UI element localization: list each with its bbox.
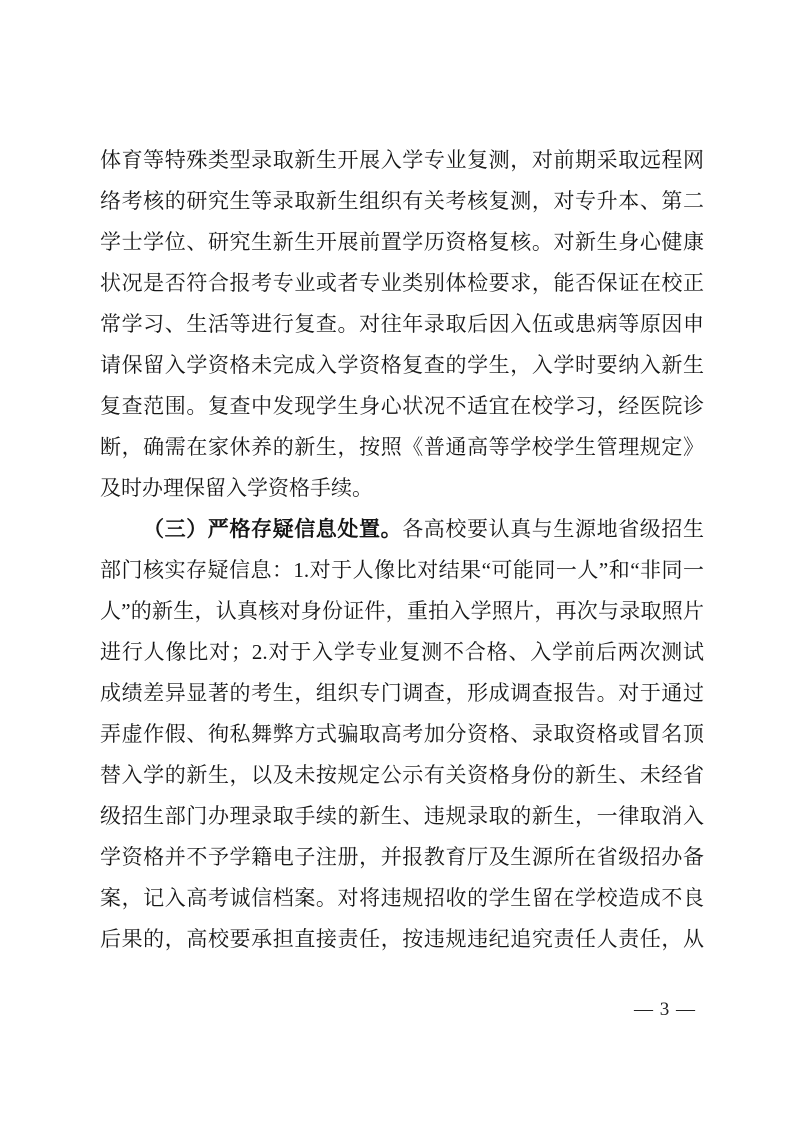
- paragraph2-line: 案，记入高考诚信档案。对将违规招收的学生留在学校造成不良: [100, 878, 704, 919]
- paragraph2-line: 级招生部门办理录取手续的新生、违规录取的新生，一律取消入: [100, 796, 704, 837]
- page-number: — 3 —: [634, 998, 696, 1022]
- paragraph1-line: 络考核的研究生等录取新生组织有关考核复测，对专升本、第二: [100, 181, 704, 222]
- paragraph1-line: 学士学位、研究生新生开展前置学历资格复核。对新生身心健康: [100, 222, 704, 263]
- paragraph2-line: 弄虚作假、徇私舞弊方式骗取高考加分资格、录取资格或冒名顶: [100, 714, 704, 755]
- paragraph2-line: 成绩差异显著的考生，组织专门调查，形成调查报告。对于通过: [100, 673, 704, 714]
- paragraph2-line: 部门核实存疑信息：1.对于人像比对结果“可能同一人”和“非同一: [100, 550, 704, 591]
- paragraph1-line: 请保留入学资格未完成入学资格复查的学生，入学时要纳入新生: [100, 345, 704, 386]
- paragraph2-first-line: （三）严格存疑信息处置。各高校要认真与生源地省级招生: [100, 509, 704, 550]
- paragraph1-line: 状况是否符合报考专业或者专业类别体检要求，能否保证在校正: [100, 263, 704, 304]
- document-body: 体育等特殊类型录取新生开展入学专业复测，对前期采取远程网 络考核的研究生等录取新…: [100, 140, 704, 960]
- paragraph2-line: 学资格并不予学籍电子注册，并报教育厅及生源所在省级招办备: [100, 837, 704, 878]
- document-page: 体育等特殊类型录取新生开展入学专业复测，对前期采取远程网 络考核的研究生等录取新…: [0, 0, 793, 1122]
- paragraph2-line: 人”的新生，认真核对身份证件，重拍入学照片，再次与录取照片: [100, 591, 704, 632]
- paragraph1-line: 体育等特殊类型录取新生开展入学专业复测，对前期采取远程网: [100, 140, 704, 181]
- paragraph2-text: 各高校要认真与生源地省级招生: [402, 517, 704, 541]
- paragraph1-line: 复查范围。复查中发现学生身心状况不适宜在校学习，经医院诊: [100, 386, 704, 427]
- paragraph1-line: 及时办理保留入学资格手续。: [100, 468, 704, 509]
- paragraph2-line: 后果的，高校要承担直接责任，按违规违纪追究责任人责任，从: [100, 919, 704, 960]
- paragraph1-line: 常学习、生活等进行复查。对往年录取后因入伍或患病等原因申: [100, 304, 704, 345]
- paragraph1-line: 断，确需在家休养的新生，按照《普通高等学校学生管理规定》: [100, 427, 704, 468]
- section-heading: （三）严格存疑信息处置。: [143, 517, 402, 541]
- paragraph2-line: 替入学的新生，以及未按规定公示有关资格身份的新生、未经省: [100, 755, 704, 796]
- paragraph2-line: 进行人像比对；2.对于入学专业复测不合格、入学前后两次测试: [100, 632, 704, 673]
